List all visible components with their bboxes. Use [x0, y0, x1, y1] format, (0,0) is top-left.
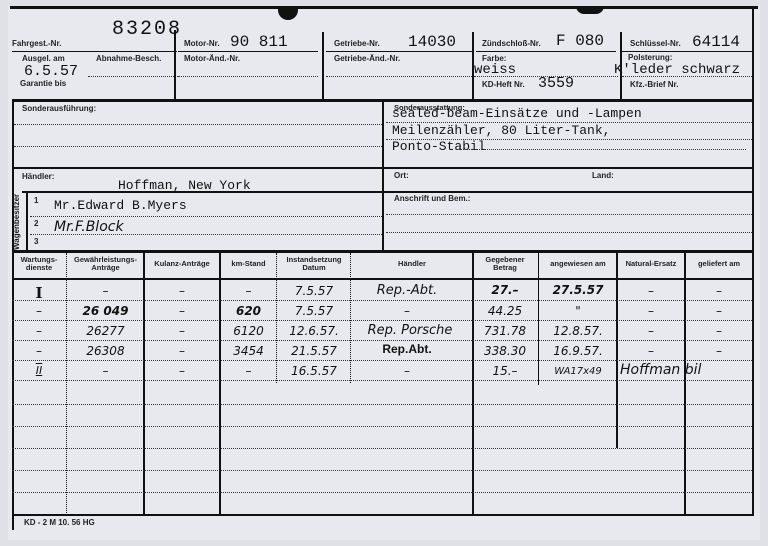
column-header: Natural-Ersatz	[618, 260, 684, 268]
cell-date: 21.5.57	[278, 344, 350, 358]
dotted-line	[30, 216, 382, 217]
cell-replacement: –	[618, 324, 684, 338]
cell-instructed: "	[540, 304, 616, 318]
divider	[178, 51, 318, 52]
cell-warranty: 26277	[68, 324, 143, 338]
cell-service: II	[12, 364, 66, 377]
motor-number: 90 811	[230, 33, 288, 51]
cell-dealer: Rep. Porsche	[352, 323, 468, 338]
gearbox-number: 14030	[408, 33, 456, 51]
dotted-line	[386, 232, 752, 233]
gearbox-number-label: Getriebe-Nr.	[334, 39, 380, 48]
cell-date: 7.5.57	[278, 284, 350, 298]
cell-amount: 731.78	[474, 324, 536, 338]
ignition-lock-number: F 080	[556, 32, 604, 50]
cell-instructed: WA17x49	[540, 366, 616, 377]
form-code: KD - 2 M 10. 56 HG	[24, 518, 95, 527]
row-line	[12, 492, 752, 493]
cell-amount: 338.30	[474, 344, 536, 358]
cell-replacement: –	[618, 284, 684, 298]
cell-service: –	[12, 344, 66, 358]
cell-replacement: –	[618, 344, 684, 358]
cell-dealer: Rep.-Abt.	[352, 283, 462, 298]
column-header: Gewährleistungs-Anträge	[68, 256, 143, 272]
car-owner-label: Wagenbesitzer	[12, 194, 21, 250]
cell-warranty: 26308	[68, 344, 143, 358]
cell-warranty: –	[68, 284, 143, 298]
warranty-label: Garantie bis	[20, 79, 66, 88]
column-header: Wartungs-dienste	[12, 256, 66, 272]
owner-number: 1	[34, 196, 38, 205]
column-divider	[350, 253, 351, 383]
chassis-number: 83208	[112, 18, 182, 41]
column-header: km-Stand	[221, 260, 276, 268]
address-label: Anschrift und Bem.:	[394, 194, 470, 203]
column-divider	[538, 253, 539, 385]
row-line	[12, 340, 752, 341]
owner-number: 3	[34, 237, 38, 246]
cell-goodwill: –	[145, 364, 219, 378]
upholstery-label: Polsterung:	[628, 53, 672, 62]
section-divider	[22, 191, 752, 193]
column-header: Händler	[352, 260, 472, 268]
dealer-label: Händler:	[22, 172, 54, 181]
delivered-label: Ausgel. am	[22, 54, 65, 63]
registration-doc-label: Kfz.-Brief Nr.	[630, 80, 678, 89]
cell-dealer: –	[352, 304, 462, 318]
cell-instructed: 12.8.57.	[540, 324, 616, 338]
dotted-line	[326, 76, 472, 77]
divider	[476, 51, 616, 52]
key-number: 64114	[692, 33, 740, 51]
divider	[382, 100, 384, 250]
column-divider	[276, 253, 277, 383]
cell-delivered: –	[686, 324, 752, 338]
divider	[326, 51, 472, 52]
divider	[12, 51, 177, 52]
section-divider	[12, 167, 754, 169]
cell-service: I	[12, 284, 66, 302]
cell-service: –	[12, 324, 66, 338]
cell-goodwill: –	[145, 284, 219, 298]
special-equipment-line-1: sealed-beam-Einsätze und -Lampen	[392, 106, 642, 121]
cell-km: 620	[221, 304, 276, 318]
column-header: Kulanz-Anträge	[145, 260, 219, 268]
acceptance-label: Abnahme-Besch.	[96, 54, 161, 63]
dotted-line	[88, 76, 180, 77]
cell-dealer: Rep.Abt.	[352, 342, 462, 356]
cell-instructed: 16.9.57.	[540, 344, 616, 358]
delivered-date: 6.5.57	[24, 63, 78, 80]
table-header-divider	[12, 278, 754, 280]
dotted-line	[456, 149, 746, 150]
country-label: Land:	[592, 171, 614, 180]
cell-delivered: –	[686, 284, 752, 298]
kd-booklet-label: KD-Heft Nr.	[482, 80, 525, 89]
dotted-line	[178, 76, 318, 77]
dotted-line	[386, 214, 752, 215]
divider	[26, 192, 28, 250]
owner-number: 2	[34, 219, 38, 228]
column-header: angewiesen am	[540, 260, 616, 268]
cell-amount: 27.–	[474, 283, 536, 297]
cell-warranty: –	[68, 364, 143, 378]
chassis-number-label: Fahrgest.-Nr.	[12, 39, 61, 48]
column-header: Gegebener Betrag	[474, 256, 536, 272]
dotted-line	[30, 234, 382, 235]
cell-dealer: –	[352, 364, 462, 378]
special-equipment-line-2: Meilenzähler, 80 Liter-Tank,	[392, 123, 610, 138]
special-version-label: Sonderausführung:	[22, 104, 96, 113]
row-line	[12, 380, 752, 381]
column-header: Instandsetzung Datum	[278, 256, 350, 272]
row-line	[12, 426, 752, 427]
row-line	[12, 360, 752, 361]
cell-km: 6120	[221, 324, 276, 338]
key-number-label: Schlüssel-Nr.	[630, 39, 681, 48]
row-line	[12, 300, 752, 301]
gearbox-change-label: Getriebe-Änd.-Nr.	[334, 54, 400, 63]
top-border	[10, 6, 758, 9]
section-divider	[12, 250, 754, 253]
row-line	[12, 470, 752, 471]
cell-goodwill: –	[145, 344, 219, 358]
cell-km: 3454	[221, 344, 276, 358]
cell-instructed: 27.5.57	[540, 283, 616, 297]
owner-name: Mr.Edward B.Myers	[54, 198, 187, 213]
cell-date: 7.5.57	[278, 304, 350, 318]
cell-delivered: –	[686, 344, 752, 358]
column-divider	[66, 253, 67, 515]
cell-goodwill: –	[145, 324, 219, 338]
dotted-line	[622, 76, 752, 77]
divider	[322, 32, 324, 100]
table-bottom-border	[12, 514, 754, 516]
special-equipment-line-3: Ponto-Stabil	[392, 139, 486, 154]
motor-change-label: Motor-Änd.-Nr.	[184, 54, 240, 63]
cell-amount: 15.–	[474, 364, 536, 378]
cell-delivered: –	[686, 304, 752, 318]
right-border	[752, 6, 754, 516]
row-line	[12, 320, 752, 321]
dotted-line	[14, 146, 382, 147]
row-line	[12, 404, 752, 405]
city-label: Ort:	[394, 171, 409, 180]
cell-km: –	[221, 364, 276, 378]
divider	[622, 51, 752, 52]
ignition-lock-label: Zündschloß-Nr.	[482, 39, 541, 48]
cell-date: 12.6.57.	[278, 324, 350, 338]
divider	[174, 30, 176, 100]
cell-replacement: Hoffman bil	[620, 362, 760, 378]
cell-amount: 44.25	[474, 304, 536, 318]
row-line	[12, 448, 752, 449]
cell-km: –	[221, 284, 276, 298]
motor-number-label: Motor-Nr.	[184, 39, 220, 48]
owner-name: Mr.F.Block	[54, 219, 124, 235]
cell-goodwill: –	[145, 304, 219, 318]
cell-replacement: –	[618, 304, 684, 318]
column-header: geliefert am	[686, 260, 752, 268]
cell-date: 16.5.57	[278, 364, 350, 378]
dotted-line	[14, 124, 382, 125]
cell-service: –	[12, 304, 66, 318]
vehicle-record-card: 83208 Fahrgest.-Nr. Ausgel. am Abnahme-B…	[8, 6, 760, 540]
cell-warranty: 26 049	[68, 304, 143, 318]
kd-booklet-number: 3559	[538, 75, 574, 92]
